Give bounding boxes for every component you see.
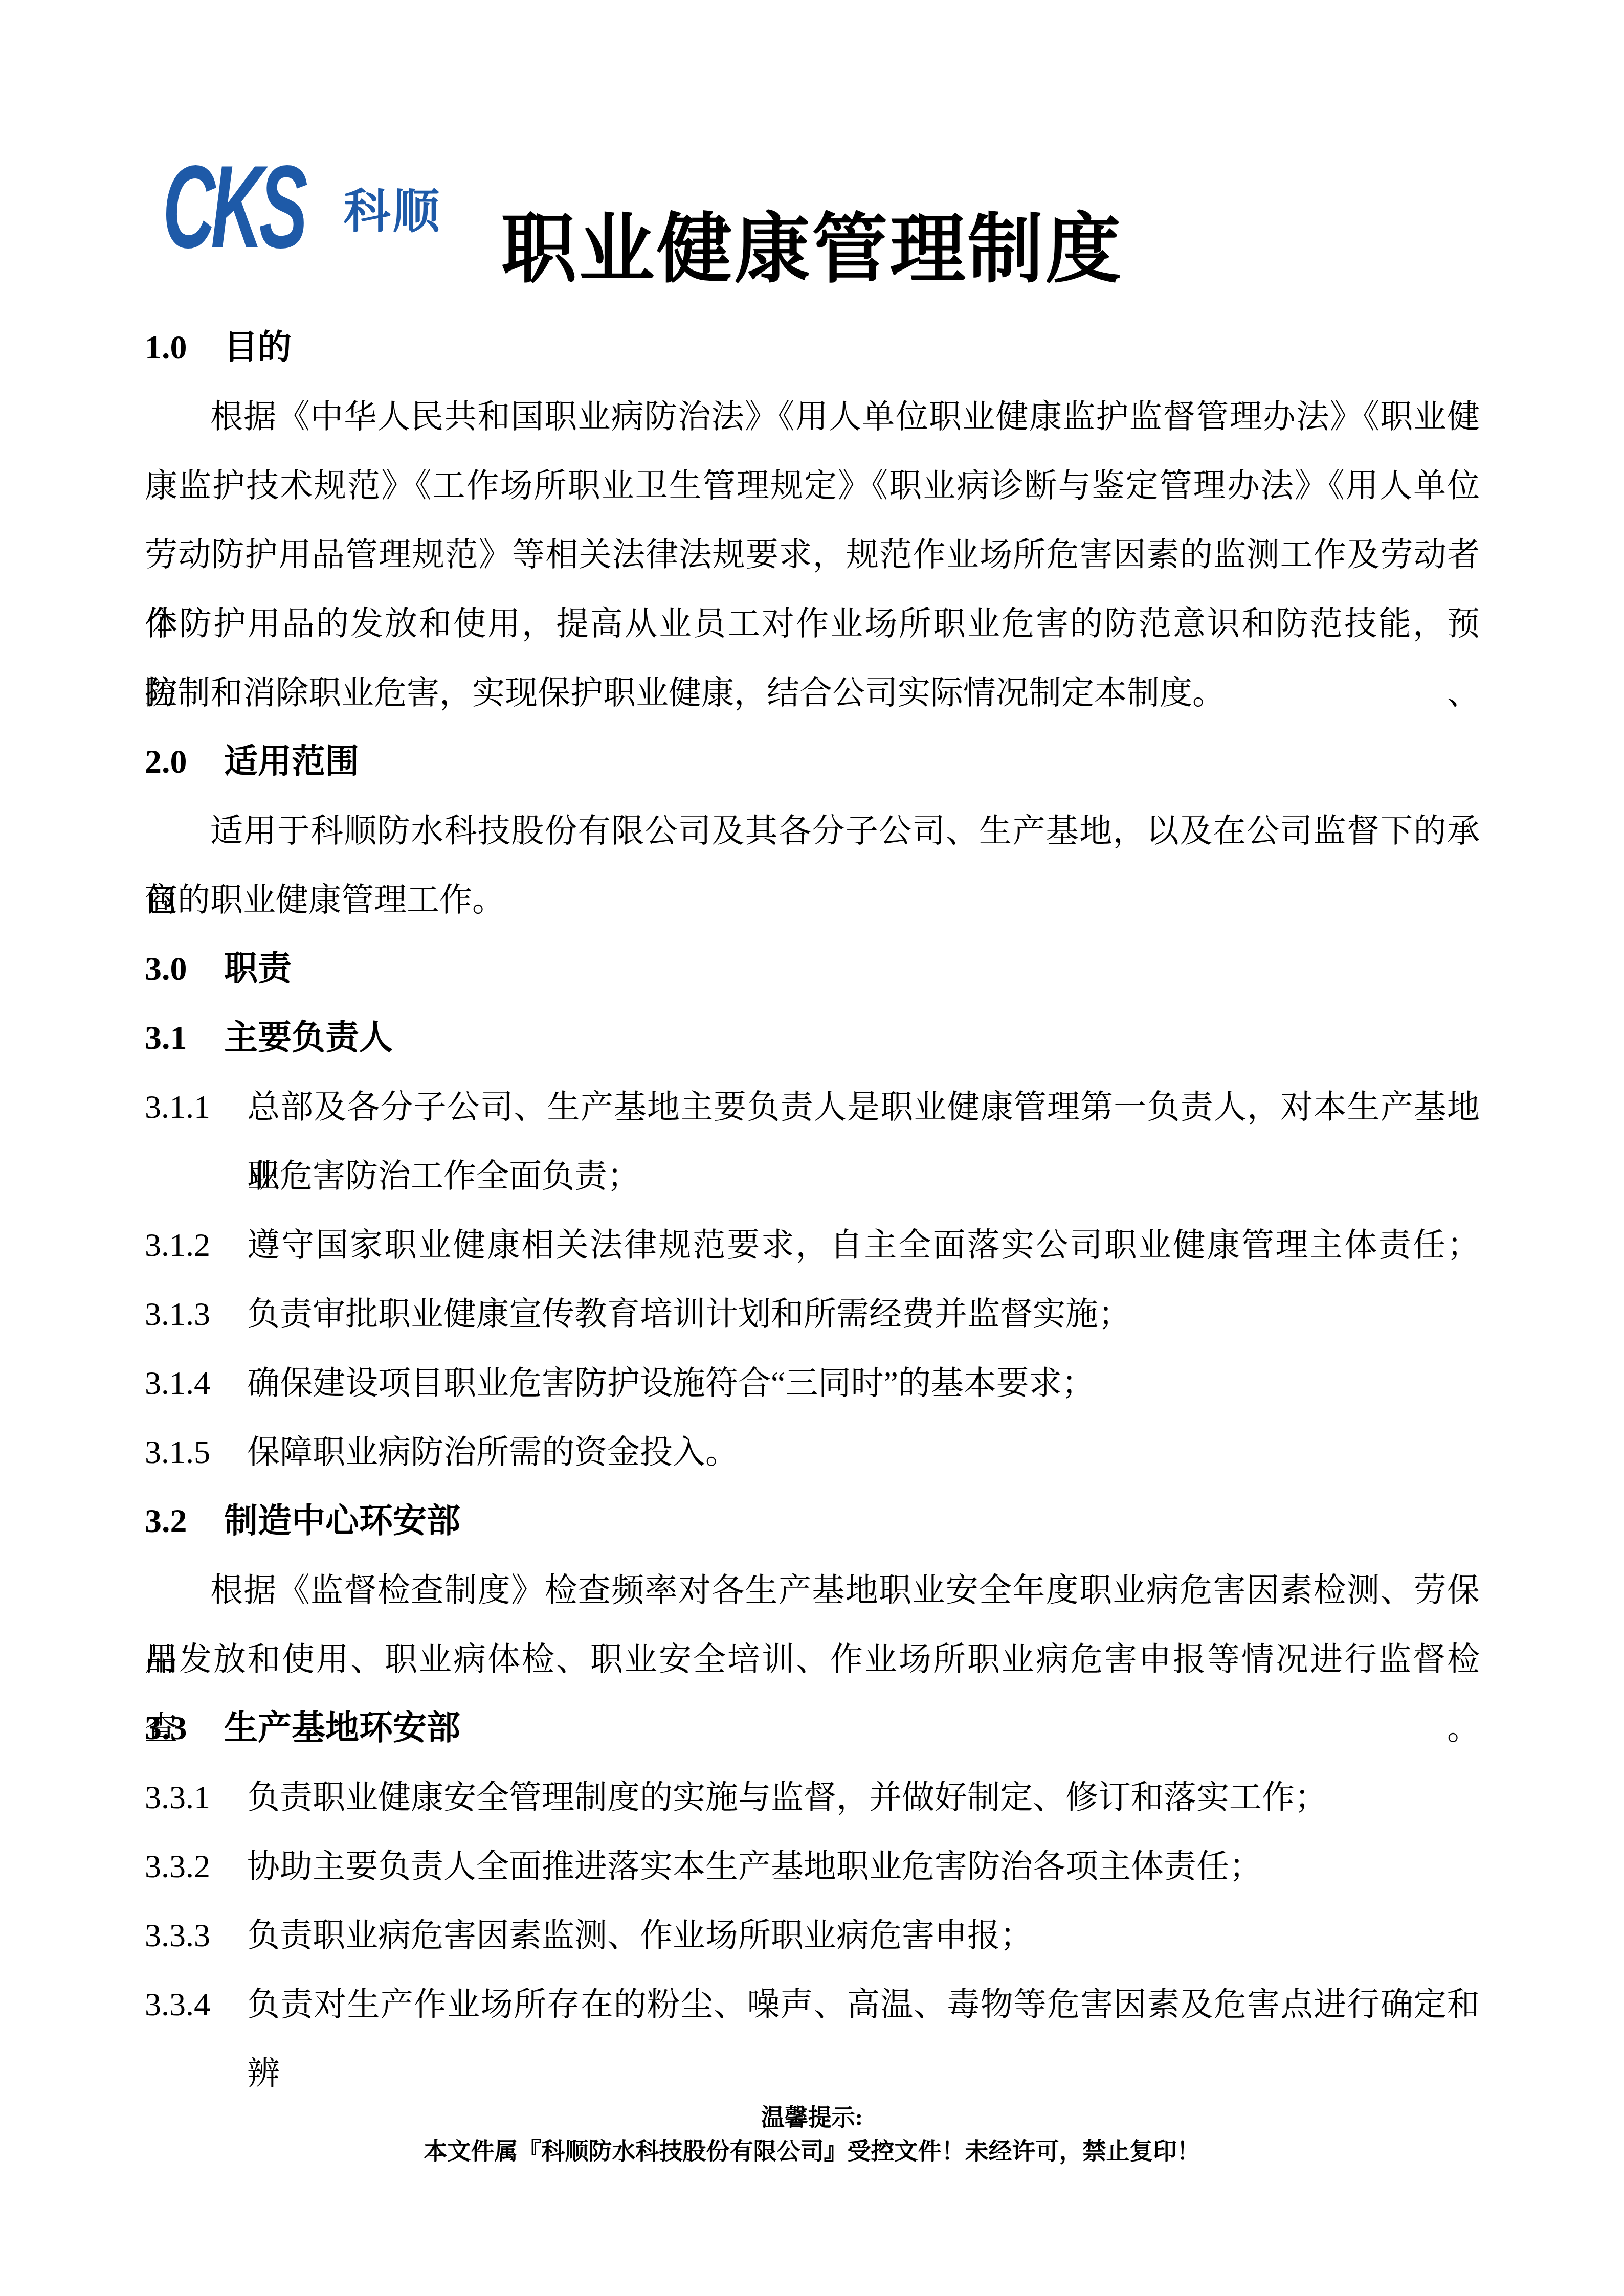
clause-3-3-4: 3.3.4 负责对生产作业场所存在的粉尘、噪声、高温、毒物等危害因素及危害点进行… — [145, 1970, 1480, 2039]
heading-label: 职责 — [224, 934, 1480, 1003]
heading-label: 生产基地环安部 — [224, 1694, 1480, 1763]
clause-number: 3.1.4 — [145, 1348, 247, 1417]
heading-responsibility: 3.0 职责 — [145, 934, 1480, 1003]
heading-label: 制造中心环安部 — [224, 1487, 1480, 1556]
clause-text: 负责审批职业健康宣传教育培训计划和所需经费并监督实施； — [247, 1279, 1480, 1348]
heading-number: 3.1 — [145, 1003, 224, 1072]
clause-text: 保障职业病防治所需的资金投入。 — [247, 1417, 1480, 1487]
clause-3-1-1-continuation: 业危害防治工作全面负责； — [247, 1141, 1480, 1210]
heading-manufacturing-center-ehs: 3.2 制造中心环安部 — [145, 1487, 1480, 1556]
purpose-line-1: 根据《中华人民共和国职业病防治法》《用人单位职业健康监护监督管理办法》《职业健 — [145, 382, 1480, 451]
manufacturing-ehs-line-2: 品发放和使用、职业病体检、职业安全培训、作业场所职业病危害申报等情况进行监督检查… — [145, 1625, 1480, 1694]
document-body: 1.0 目的 根据《中华人民共和国职业病防治法》《用人单位职业健康监护监督管理办… — [145, 313, 1480, 2039]
clause-number: 3.3.1 — [145, 1763, 247, 1832]
scope-line-2: 商的职业健康管理工作。 — [145, 865, 1480, 934]
document-page: CKS 科顺 职业健康管理制度 1.0 目的 根据《中华人民共和国职业病防治法》… — [0, 0, 1624, 2296]
clause-number: 3.3.3 — [145, 1901, 247, 1970]
heading-number: 3.2 — [145, 1487, 224, 1556]
document-title: 职业健康管理制度 — [0, 209, 1624, 292]
clause-number: 3.3.4 — [145, 1970, 247, 2039]
clause-3-1-1: 3.1.1 总部及各分子公司、生产基地主要负责人是职业健康管理第一负责人，对本生… — [145, 1072, 1480, 1141]
heading-production-base-ehs: 3.3 生产基地环安部 — [145, 1694, 1480, 1763]
clause-3-1-4: 3.1.4 确保建设项目职业危害防护设施符合“三同时”的基本要求； — [145, 1348, 1480, 1417]
clause-number: 3.3.2 — [145, 1832, 247, 1901]
clause-3-1-3: 3.1.3 负责审批职业健康宣传教育培训计划和所需经费并监督实施； — [145, 1279, 1480, 1348]
clause-text: 协助主要负责人全面推进落实本生产基地职业危害防治各项主体责任； — [247, 1832, 1480, 1901]
heading-label: 适用范围 — [224, 727, 1480, 796]
purpose-line-3: 劳动防护用品管理规范》等相关法律法规要求，规范作业场所危害因素的监测工作及劳动者… — [145, 520, 1480, 589]
heading-main-responsible-person: 3.1 主要负责人 — [145, 1003, 1480, 1072]
heading-scope: 2.0 适用范围 — [145, 727, 1480, 796]
clause-number: 3.1.2 — [145, 1210, 247, 1279]
clause-3-3-3: 3.3.3 负责职业病危害因素监测、作业场所职业病危害申报； — [145, 1901, 1480, 1970]
notice-text: 本文件属『科顺防水科技股份有限公司』受控文件！未经许可，禁止复印！ — [0, 2134, 1624, 2168]
clause-3-1-2: 3.1.2 遵守国家职业健康相关法律规范要求，自主全面落实公司职业健康管理主体责… — [145, 1210, 1480, 1279]
clause-text: 负责职业病危害因素监测、作业场所职业病危害申报； — [247, 1901, 1480, 1970]
clause-number: 3.1.5 — [145, 1417, 247, 1487]
clause-number: 3.1.1 — [145, 1072, 247, 1141]
controlled-document-notice: 温馨提示: 本文件属『科顺防水科技股份有限公司』受控文件！未经许可，禁止复印！ — [0, 2101, 1624, 2168]
clause-text: 确保建设项目职业危害防护设施符合“三同时”的基本要求； — [247, 1348, 1480, 1417]
heading-number: 1.0 — [145, 313, 224, 382]
heading-purpose: 1.0 目的 — [145, 313, 1480, 382]
scope-line-1: 适用于科顺防水科技股份有限公司及其各分子公司、生产基地，以及在公司监督下的承包 — [145, 796, 1480, 865]
clause-text: 总部及各分子公司、生产基地主要负责人是职业健康管理第一负责人，对本生产基地职 — [247, 1072, 1480, 1141]
clause-3-3-1: 3.3.1 负责职业健康安全管理制度的实施与监督，并做好制定、修订和落实工作； — [145, 1763, 1480, 1832]
clause-text: 遵守国家职业健康相关法律规范要求，自主全面落实公司职业健康管理主体责任； — [247, 1210, 1480, 1279]
heading-label: 主要负责人 — [224, 1003, 1480, 1072]
clause-3-1-5: 3.1.5 保障职业病防治所需的资金投入。 — [145, 1417, 1480, 1487]
heading-number: 3.0 — [145, 934, 224, 1003]
purpose-line-4: 体防护用品的发放和使用，提高从业员工对作业场所职业危害的防范意识和防范技能，预防… — [145, 589, 1480, 658]
clause-3-3-2: 3.3.2 协助主要负责人全面推进落实本生产基地职业危害防治各项主体责任； — [145, 1832, 1480, 1901]
heading-number: 2.0 — [145, 727, 224, 796]
purpose-line-2: 康监护技术规范》《工作场所职业卫生管理规定》《职业病诊断与鉴定管理办法》《用人单… — [145, 451, 1480, 520]
clause-number: 3.1.3 — [145, 1279, 247, 1348]
heading-label: 目的 — [224, 313, 1480, 382]
clause-text: 负责对生产作业场所存在的粉尘、噪声、高温、毒物等危害因素及危害点进行确定和辨 — [247, 1970, 1480, 2039]
heading-number: 3.3 — [145, 1694, 224, 1763]
clause-text: 负责职业健康安全管理制度的实施与监督，并做好制定、修订和落实工作； — [247, 1763, 1480, 1832]
manufacturing-ehs-line-1: 根据《监督检查制度》检查频率对各生产基地职业安全年度职业病危害因素检测、劳保用 — [145, 1556, 1480, 1625]
notice-title: 温馨提示: — [0, 2101, 1624, 2134]
